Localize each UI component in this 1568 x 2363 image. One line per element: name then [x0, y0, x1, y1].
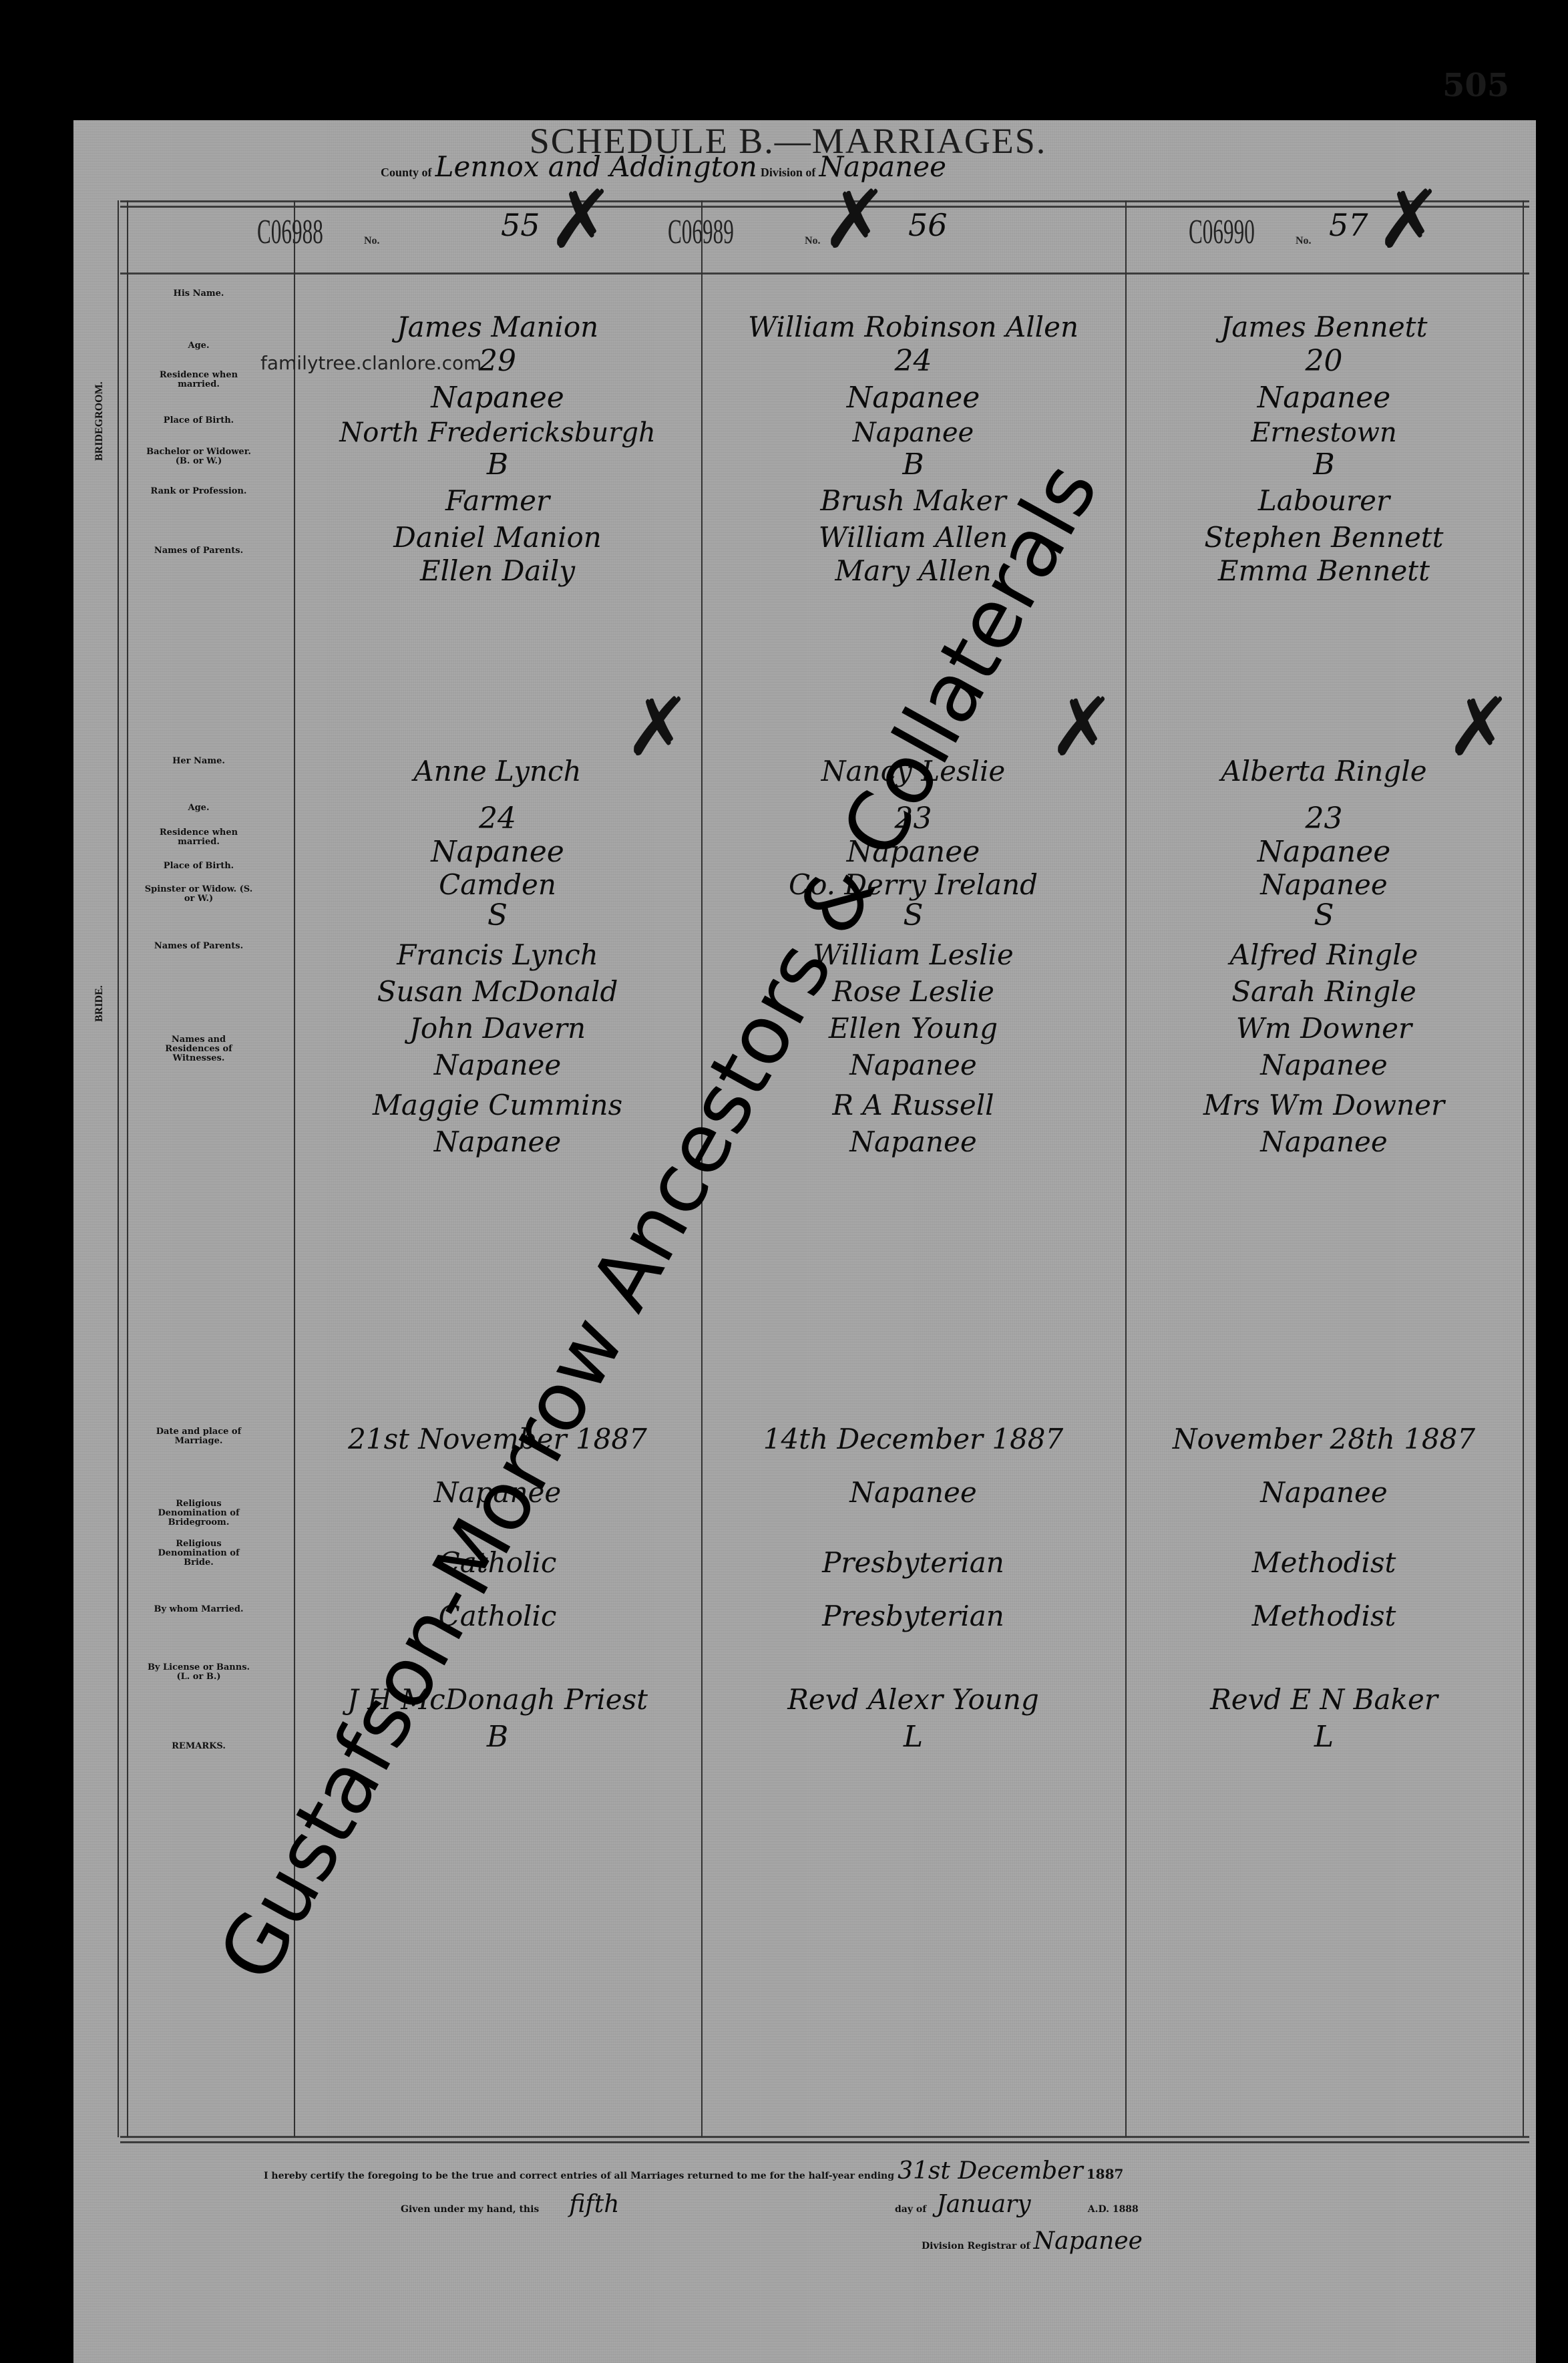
tick-x-mark-icon: ✗	[548, 174, 615, 266]
cell-bride-residence: Napanee	[297, 835, 698, 869]
column-rule	[118, 200, 119, 2137]
number-label: No.	[805, 235, 821, 247]
cell-groom-father: Daniel Manion	[297, 521, 698, 554]
number-label: No.	[1296, 235, 1312, 247]
given-line: Given under my hand, this fifth	[401, 2191, 619, 2218]
cell-bride-father: Alfred Ringle	[1129, 938, 1519, 971]
certificate-number: C06990	[1189, 212, 1255, 252]
row-label-names-of-parents: Names of Parents.	[144, 546, 254, 556]
cell-witness2: Maggie Cummins	[297, 1089, 698, 1121]
cell-groom-residence: Napanee	[705, 381, 1122, 415]
cell-bride-father: Francis Lynch	[297, 938, 698, 971]
cell-bride-mother: Susan McDonald	[297, 975, 698, 1008]
registrar-label: Division Registrar of	[922, 2241, 1030, 2251]
cell-witness1: Wm Downer	[1129, 1012, 1519, 1045]
cell-bride-age: 23	[1129, 801, 1519, 836]
tick-x-mark-icon: ✗	[1376, 174, 1443, 266]
row-label-bride-place-of-birth: Place of Birth.	[144, 862, 254, 871]
column-rule	[1523, 200, 1524, 2137]
cell-groom-birthplace: Ernestown	[1129, 417, 1519, 448]
cell-groom-name: William Robinson Allen	[705, 311, 1122, 343]
cell-groom-mother: Ellen Daily	[297, 554, 698, 587]
half-year-end: 31st December	[898, 2157, 1083, 2185]
footer-rule	[120, 2141, 1529, 2143]
cell-groom-mother: Emma Bennett	[1129, 554, 1519, 587]
row-label-bride-parents: Names of Parents.	[144, 942, 254, 951]
day-of-label: day of	[895, 2204, 926, 2215]
registration-number: 55	[501, 207, 540, 243]
row-label-license-banns: By License or Banns. (L. or B.)	[144, 1663, 254, 1682]
scan-edge-shadow	[0, 114, 73, 2363]
cell-groom-name: James Manion	[297, 311, 698, 343]
division-label: Division of	[761, 166, 816, 179]
ad-label: A.D. 1888	[1088, 2204, 1139, 2215]
row-label-by-whom: By whom Married.	[144, 1605, 254, 1614]
cell-officiant: Revd Alexr Young	[705, 1683, 1122, 1716]
cell-officiant: Revd E N Baker	[1129, 1683, 1519, 1716]
row-label-his-name: His Name.	[144, 289, 254, 299]
cell-bride-birthplace: Napanee	[1129, 868, 1519, 901]
row-label-religion-groom: Religious Denomination of Bridegroom.	[144, 1499, 254, 1527]
cell-groom-age: 24	[705, 344, 1122, 378]
cell-groom-name: James Bennett	[1129, 311, 1519, 343]
row-label-bachelor-widower: Bachelor or Widower. (B. or W.)	[144, 447, 254, 466]
cell-witness2-res: Napanee	[1129, 1125, 1519, 1158]
row-label-age: Age.	[144, 341, 254, 351]
cell-religion-groom: Presbyterian	[705, 1546, 1122, 1579]
cell-groom-birthplace: North Fredericksburgh	[297, 417, 698, 448]
row-label-place-of-birth: Place of Birth.	[144, 416, 254, 425]
row-label-residence: Residence when married.	[144, 371, 254, 389]
cell-groom-residence: Napanee	[297, 381, 698, 415]
certification-line: I hereby certify the foregoing to be the…	[264, 2157, 1123, 2185]
cell-witness2-res: Napanee	[705, 1125, 1122, 1158]
cell-date: November 28th 1887	[1129, 1423, 1519, 1455]
row-label-her-name: Her Name.	[144, 757, 254, 766]
certificate-number: C06989	[668, 212, 734, 252]
cell-place: Napanee	[705, 1476, 1122, 1509]
header-rule	[120, 272, 1529, 275]
cell-witness2-res: Napanee	[297, 1125, 698, 1158]
row-label-bride-residence: Residence when married.	[144, 828, 254, 847]
registration-number: 56	[908, 207, 948, 243]
bridegroom-section-label: BRIDEGROOM.	[93, 381, 106, 461]
certify-text: I hereby certify the foregoing to be the…	[264, 2171, 894, 2181]
county-label: County of	[381, 166, 432, 179]
cell-groom-status: B	[1129, 447, 1519, 482]
cell-date: 14th December 1887	[705, 1423, 1122, 1455]
cell-witness2: Mrs Wm Downer	[1129, 1089, 1519, 1121]
cell-bride-birthplace: Co. Derry Ireland	[705, 868, 1122, 901]
tick-x-mark-icon: ✗	[821, 174, 889, 266]
cell-bride-status: S	[297, 898, 698, 932]
page-number: 505	[1442, 67, 1509, 104]
column-rule	[1125, 200, 1127, 2137]
cell-bride-birthplace: Camden	[297, 868, 698, 901]
cell-bride-status: S	[1129, 898, 1519, 932]
cell-license-banns: L	[705, 1720, 1122, 1754]
cell-bride-age: 24	[297, 801, 698, 836]
cell-religion-bride: Presbyterian	[705, 1600, 1122, 1632]
footer-rule	[120, 2136, 1529, 2138]
cell-groom-birthplace: Napanee	[705, 417, 1122, 448]
row-label-witnesses: Names and Residences of Witnesses.	[144, 1035, 254, 1063]
site-watermark: familytree.clanlore.com	[260, 352, 481, 374]
row-label-religion-bride: Religious Denomination of Bride.	[144, 1539, 254, 1568]
cell-witness1-res: Napanee	[297, 1049, 698, 1081]
registrar-place: Napanee	[1034, 2227, 1143, 2255]
cell-witness1: John Davern	[297, 1012, 698, 1045]
bride-section-label: BRIDE.	[93, 985, 106, 1022]
cell-groom-residence: Napanee	[1129, 381, 1519, 415]
registrar-line: Division Registrar of Napanee	[922, 2227, 1143, 2255]
cell-groom-profession: Labourer	[1129, 484, 1519, 517]
cell-religion-bride: Methodist	[1129, 1600, 1519, 1632]
row-label-spinster-widow: Spinster or Widow. (S. or W.)	[144, 885, 254, 904]
cell-witness1-res: Napanee	[1129, 1049, 1519, 1081]
row-label-date-place: Date and place of Marriage.	[144, 1427, 254, 1446]
cell-bride-residence: Napanee	[1129, 835, 1519, 869]
given-day: fifth	[569, 2191, 619, 2218]
tick-x-mark-icon: ✗	[1048, 681, 1116, 774]
given-month: January	[936, 2191, 1030, 2218]
cell-religion-groom: Methodist	[1129, 1546, 1519, 1579]
tick-x-mark-icon: ✗	[624, 681, 692, 774]
half-year-year: 1887	[1087, 2166, 1124, 2182]
row-label-rank-profession: Rank or Profession.	[144, 487, 254, 496]
given-month-line: day of January A.D. 1888	[895, 2191, 1139, 2218]
number-label: No.	[364, 235, 380, 247]
cell-groom-profession: Farmer	[297, 484, 698, 517]
cell-bride-mother: Sarah Ringle	[1129, 975, 1519, 1008]
row-label-bride-age: Age.	[144, 803, 254, 813]
cell-place: Napanee	[1129, 1476, 1519, 1509]
given-label: Given under my hand, this	[401, 2204, 539, 2215]
tick-x-mark-icon: ✗	[1446, 681, 1513, 774]
cell-groom-status: B	[297, 447, 698, 482]
registration-number: 57	[1329, 207, 1368, 243]
certificate-number: C06988	[257, 212, 323, 252]
column-rule	[127, 200, 128, 2137]
cell-groom-father: Stephen Bennett	[1129, 521, 1519, 554]
cell-license-banns: L	[1129, 1720, 1519, 1754]
row-label-remarks: REMARKS.	[144, 1742, 254, 1751]
cell-groom-age: 20	[1129, 344, 1519, 378]
